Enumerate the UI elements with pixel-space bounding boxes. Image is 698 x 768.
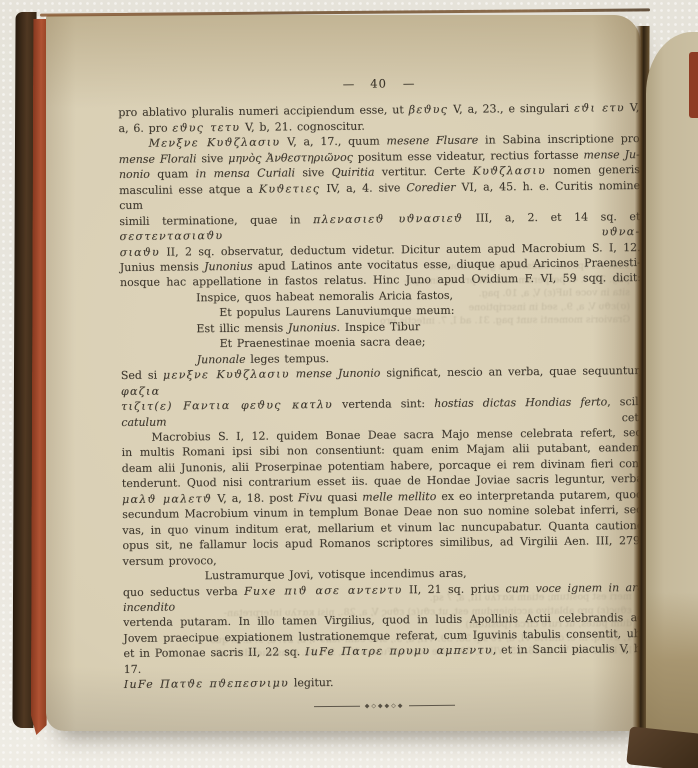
cover-sliver-right	[689, 52, 698, 118]
divider-rule-left	[314, 706, 360, 707]
page-number-dash-left: —	[343, 77, 355, 91]
text-line: Sed si μενξνε Κυϑζλασιυ mense Junonio si…	[121, 363, 642, 399]
page-number-value: 40	[370, 76, 387, 90]
page-number-dash-right: —	[403, 76, 415, 90]
text-line: et in Pomonae sacris II, 22 sq. IuFe Πατ…	[123, 641, 644, 677]
section-divider: ◆◇◆◆◇◆	[124, 701, 645, 712]
facing-page-stain	[646, 592, 698, 746]
page-number: —40—	[118, 74, 639, 94]
divider-glyphs: ◆◇◆◆◇◆	[365, 703, 405, 709]
photo-background: sunt vel spiritus omissus in gr vocabulu…	[0, 0, 698, 768]
text-line: quo seductus verba Fuxe πιϑ ασε αντεντυ …	[123, 579, 644, 615]
text-block: —40— pro ablativo pluralis numeri accipi…	[118, 74, 645, 712]
facing-page	[646, 32, 698, 746]
book-page: sunt vel spiritus omissus in gr vocabulu…	[46, 15, 640, 731]
cover-corner-bottom-right	[626, 726, 698, 768]
text-line: τιζιτ(ε) Fαντια φεϑυς κατλυ vertenda sin…	[121, 394, 642, 430]
text-line: masculini esse atque a Κυϑετιες IV, a, 4…	[119, 178, 640, 214]
text-line: simili terminatione, quae in πλενασιεϑ υ…	[119, 209, 640, 245]
text-lines: pro ablativo pluralis numeri accipiendum…	[118, 100, 645, 692]
divider-rule-right	[409, 705, 455, 706]
